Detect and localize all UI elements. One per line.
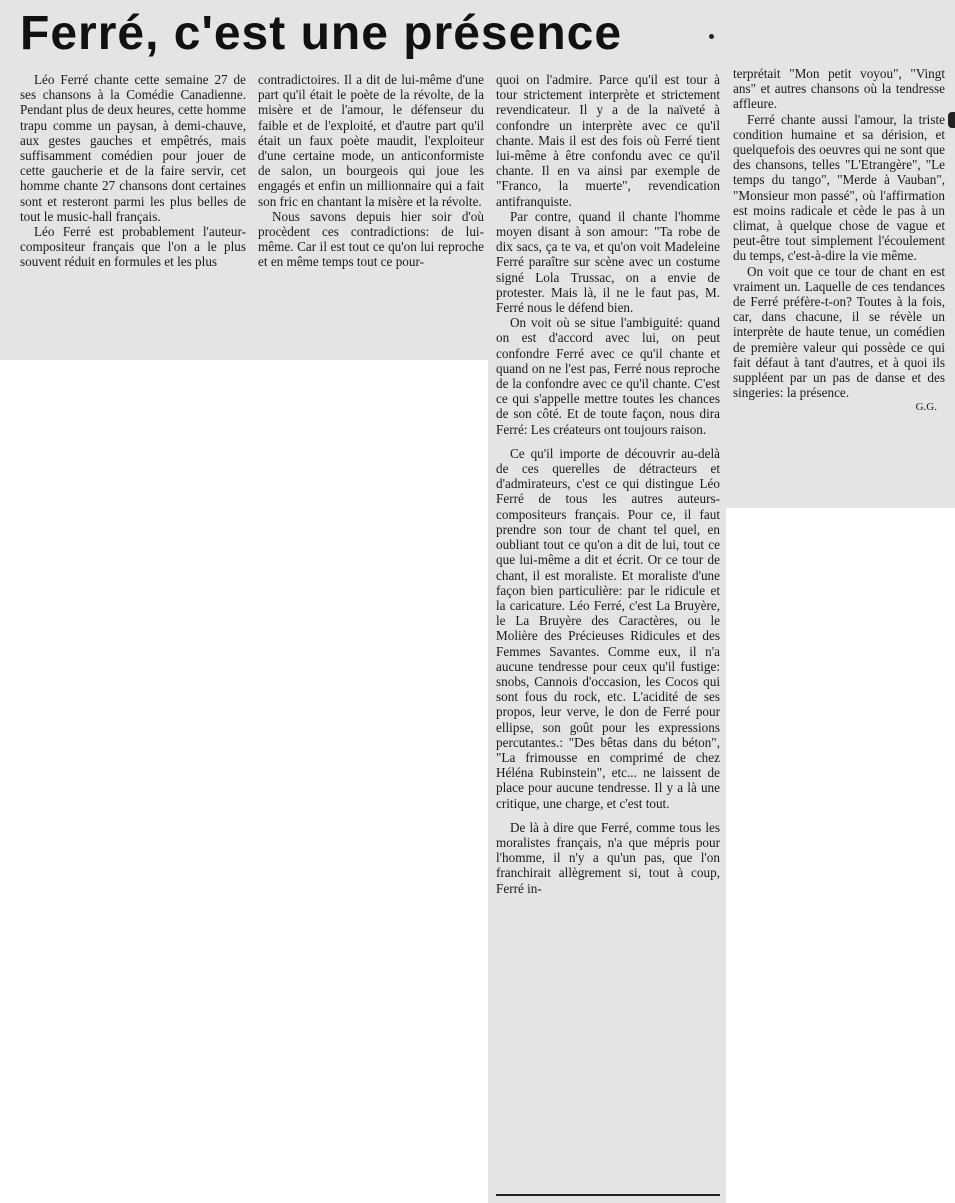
paragraph: Léo Ferré est probablement l'auteur-comp… — [20, 224, 246, 270]
article-column-1: Léo Ferré chante cette semaine 27 de ses… — [20, 72, 246, 270]
headline: Ferré, c'est une présence — [20, 6, 622, 61]
paragraph: terprétait "Mon petit voyou", "Vingt ans… — [733, 66, 945, 112]
paragraph: contradictoires. Il a dit de lui-même d'… — [258, 72, 484, 209]
paragraph: De là à dire que Ferré, comme tous les m… — [496, 820, 720, 896]
paragraph: Nous savons depuis hier soir d'où procèd… — [258, 209, 484, 270]
paragraph: Ce qu'il importe de découvrir au-delà de… — [496, 446, 720, 811]
article-column-2: contradictoires. Il a dit de lui-même d'… — [258, 72, 484, 270]
author-signature: G.G. — [733, 400, 945, 415]
paragraph: Par contre, quand il chante l'homme moye… — [496, 209, 720, 315]
print-speck — [709, 34, 714, 39]
end-rule — [496, 1194, 720, 1196]
paragraph: On voit où se situe l'ambiguité: quand o… — [496, 315, 720, 437]
article-column-4: terprétait "Mon petit voyou", "Vingt ans… — [733, 66, 945, 416]
paragraph: quoi on l'admire. Parce qu'il est tour à… — [496, 72, 720, 209]
binding-hole-mark — [948, 112, 955, 128]
paragraph: Léo Ferré chante cette semaine 27 de ses… — [20, 72, 246, 224]
article-column-3: quoi on l'admire. Parce qu'il est tour à… — [496, 72, 720, 896]
paragraph: On voit que ce tour de chant en est vrai… — [733, 264, 945, 401]
paragraph: Ferré chante aussi l'amour, la triste co… — [733, 112, 945, 264]
